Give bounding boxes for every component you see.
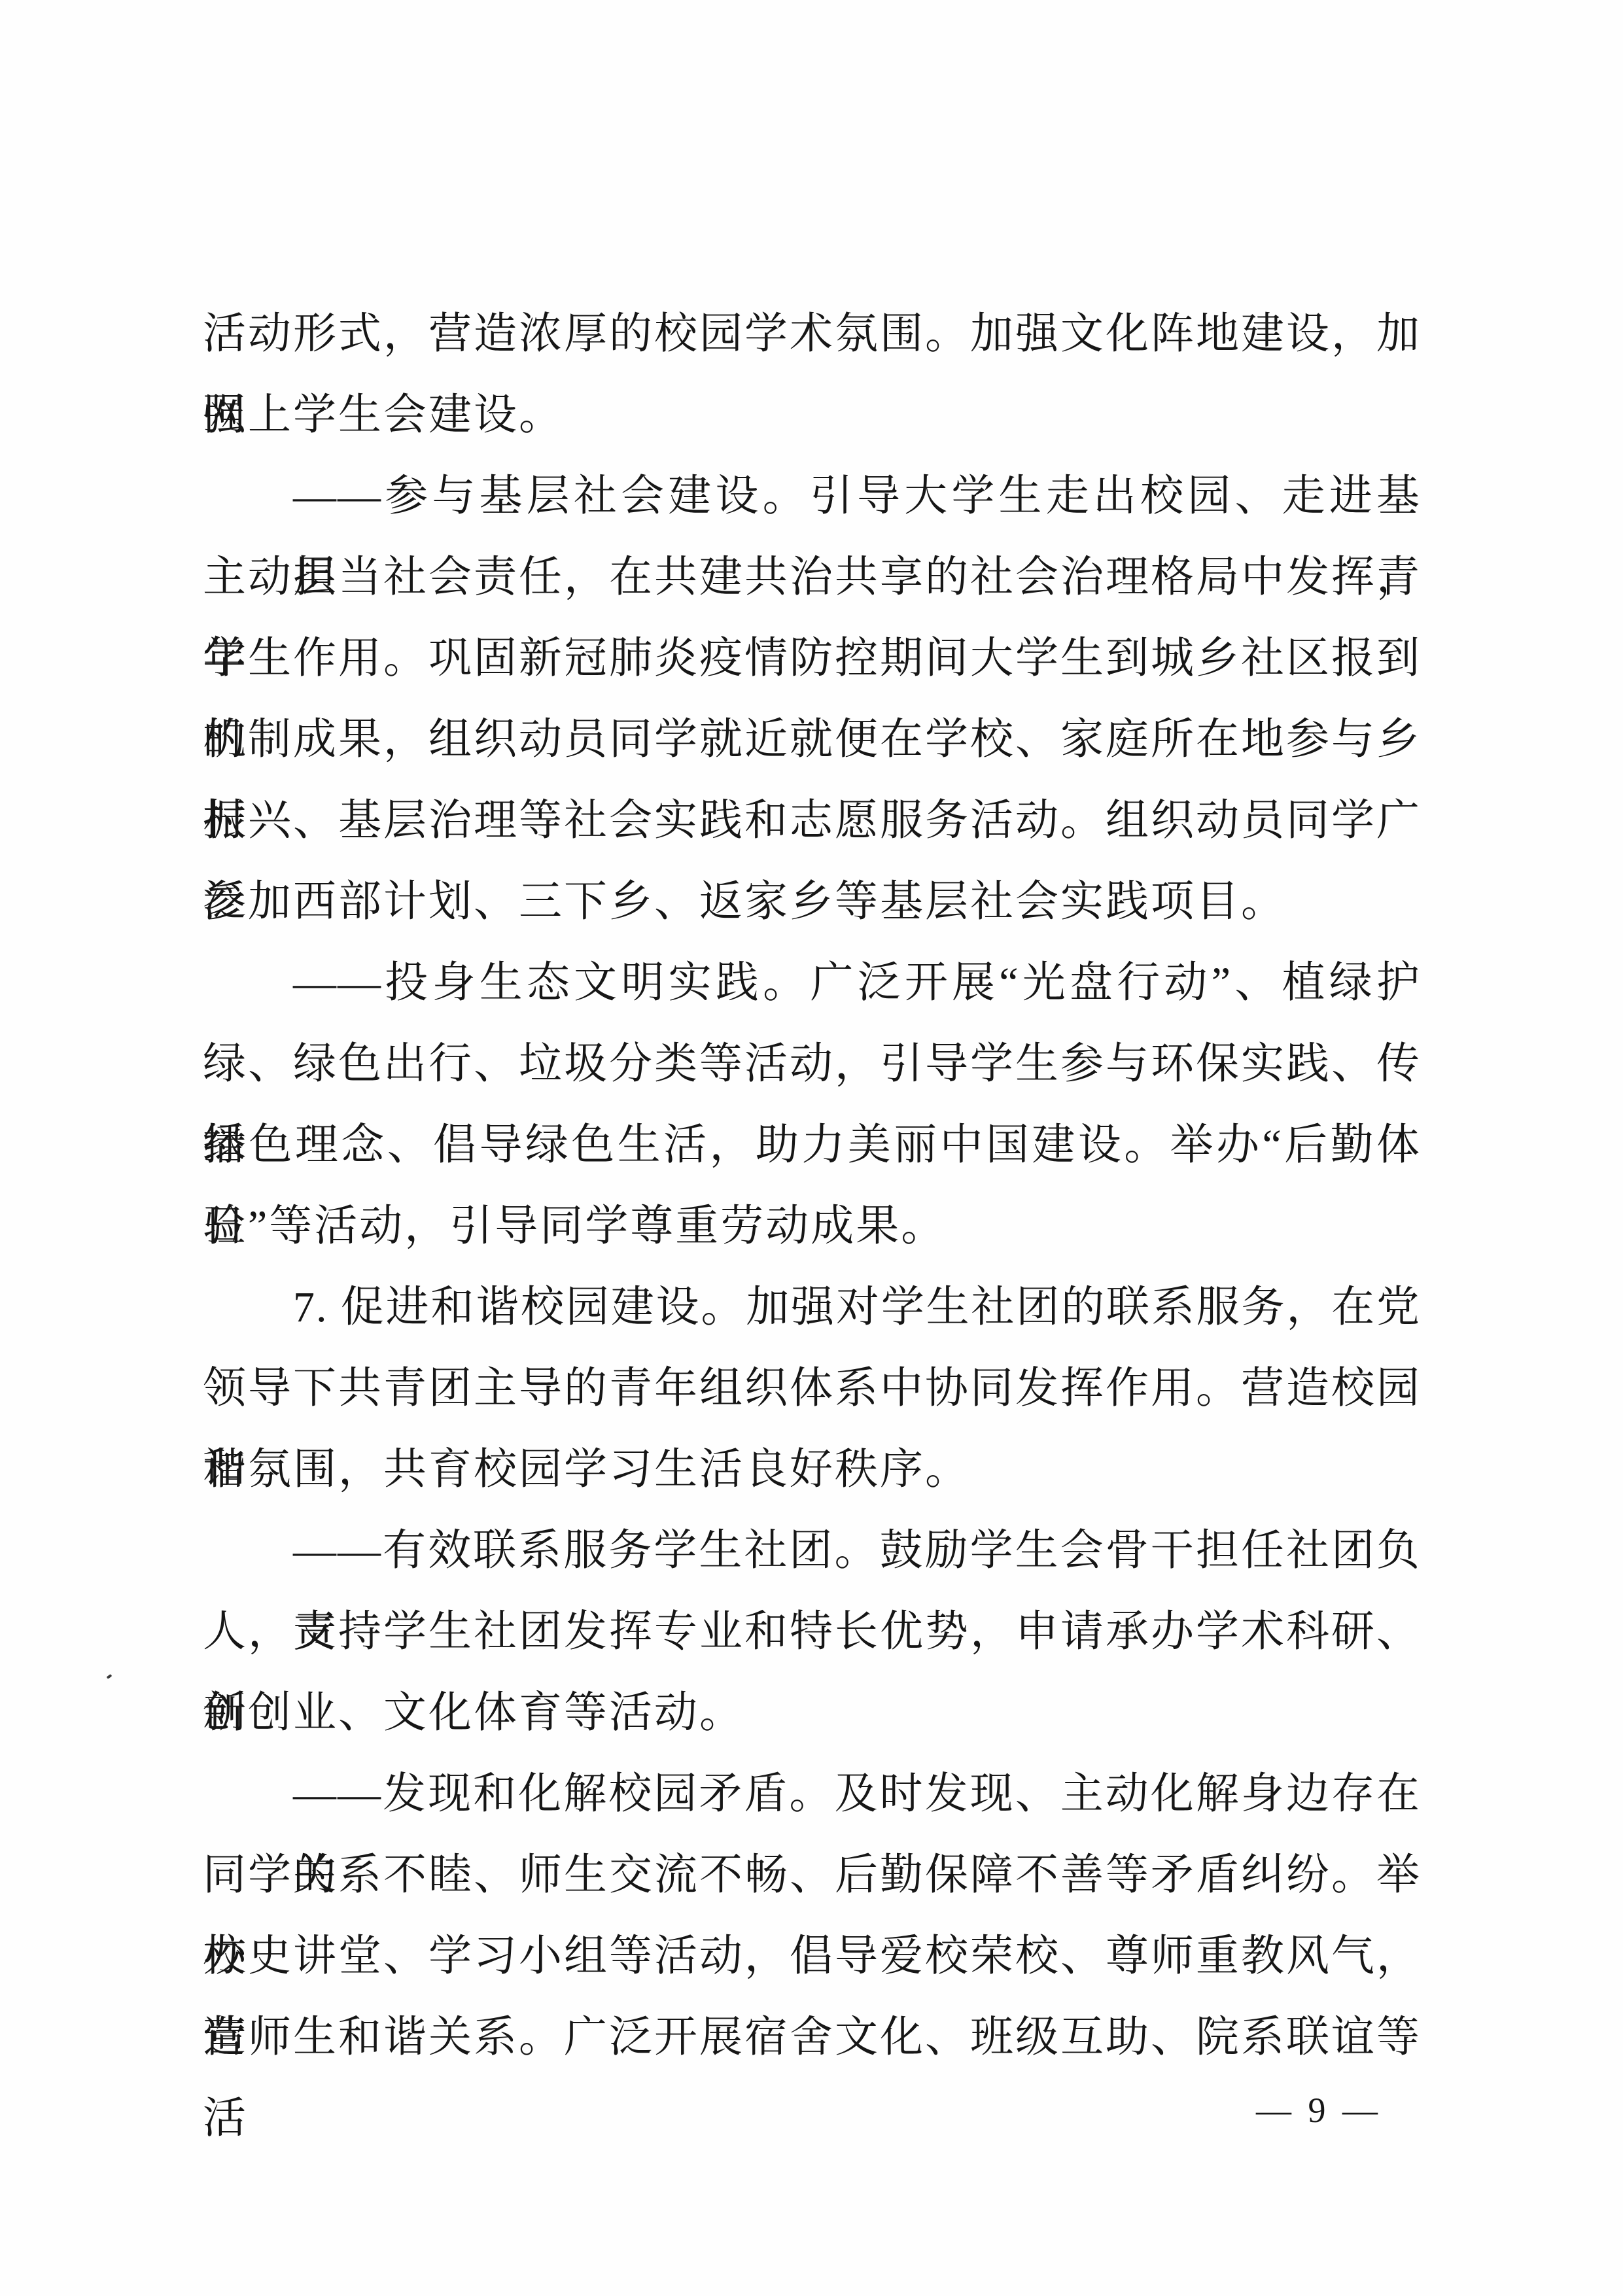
body-text: 活动形式，营造浓厚的校园学术氛围。加强文化阵地建设，加强网上学生会建设。——参与… <box>203 294 1421 2078</box>
text-line: 同学关系不睦、师生交流不畅、后勤保障不善等矛盾纠纷。举办 <box>203 1835 1421 1916</box>
text-line: 机制成果，组织动员同学就近就便在学校、家庭所在地参与乡村 <box>203 699 1421 780</box>
text-line: 绿、绿色出行、垃圾分类等活动，引导学生参与环保实践、传播 <box>203 1024 1421 1105</box>
text-line: 学生作用。巩固新冠肺炎疫情防控期间大学生到城乡社区报到的 <box>203 618 1421 699</box>
text-line: 参加西部计划、三下乡、返家乡等基层社会实践项目。 <box>203 861 1421 943</box>
text-line: 领导下共青团主导的青年组织体系中协同发挥作用。营造校园和 <box>203 1348 1421 1429</box>
text-line: ——参与基层社会建设。引导大学生走出校园、走进基层， <box>203 456 1421 537</box>
text-line: 7. 促进和谐校园建设。加强对学生社团的联系服务，在党 <box>203 1267 1421 1348</box>
text-line: ——发现和化解校园矛盾。及时发现、主动化解身边存在的 <box>203 1754 1421 1835</box>
document-page: 活动形式，营造浓厚的校园学术氛围。加强文化阵地建设，加强网上学生会建设。——参与… <box>0 0 1623 2296</box>
text-line: 主动担当社会责任，在共建共治共享的社会治理格局中发挥青年 <box>203 537 1421 618</box>
text-line: ——投身生态文明实践。广泛开展“光盘行动”、植绿护 <box>203 943 1421 1024</box>
text-line: 造师生和谐关系。广泛开展宿舍文化、班级互助、院系联谊等活 <box>203 1997 1421 2078</box>
text-line: 绿色理念、倡导绿色生活，助力美丽中国建设。举办“后勤体验 <box>203 1105 1421 1186</box>
text-line: 振兴、基层治理等社会实践和志愿服务活动。组织动员同学广泛 <box>203 780 1421 861</box>
scan-speck <box>107 1674 113 1679</box>
page-number: — 9 — <box>1256 2091 1382 2130</box>
text-line: 谐氛围，共育校园学习生活良好秩序。 <box>203 1429 1421 1510</box>
text-line: 人，支持学生社团发挥专业和特长优势，申请承办学术科研、创 <box>203 1592 1421 1673</box>
text-line: 网上学生会建设。 <box>203 375 1421 456</box>
text-line: ——有效联系服务学生社团。鼓励学生会骨干担任社团负责 <box>203 1510 1421 1592</box>
text-line: 新创业、文化体育等活动。 <box>203 1673 1421 1754</box>
text-line: 日”等活动，引导同学尊重劳动成果。 <box>203 1186 1421 1267</box>
text-line: 活动形式，营造浓厚的校园学术氛围。加强文化阵地建设，加强 <box>203 294 1421 375</box>
text-line: 校史讲堂、学习小组等活动，倡导爱校荣校、尊师重教风气，营 <box>203 1916 1421 1997</box>
